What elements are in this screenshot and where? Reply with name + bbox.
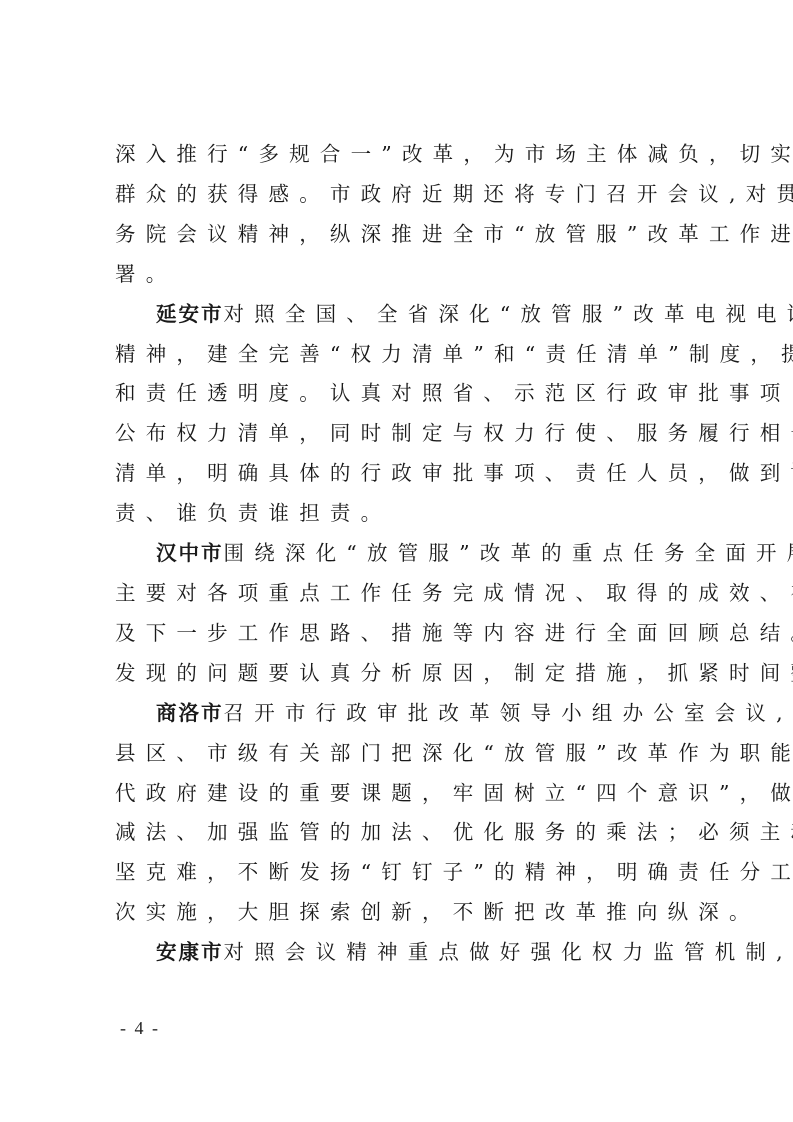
document-body: 深入推行“多规合一”改革，为市场主体减负，切实增强人民 群众的获得感。市政府近期… [115, 135, 685, 973]
text-line: 责、谁负责谁担责。 [115, 494, 685, 534]
text-line: 及下一步工作思路、措施等内容进行全面回顾总结。对自查中 [115, 614, 685, 654]
text-line: 延安市对照全国、全省深化“放管服”改革电视电话会议 [115, 295, 685, 335]
text-line: 务院会议精神，纵深推进全市“放管服”改革工作进行具体部 [115, 215, 685, 255]
text-line: 汉中市围绕深化“放管服”改革的重点任务全面开展自查， [115, 534, 685, 574]
text-line: 安康市对照会议精神重点做好强化权力监管机制,制定完 [115, 933, 685, 973]
paragraph-hanzhong: 汉中市围绕深化“放管服”改革的重点任务全面开展自查， 主要对各项重点工作任务完成… [115, 534, 685, 694]
text-line: 代政府建设的重要课题，牢固树立“四个意识”，做好简政的 [115, 774, 685, 814]
page-number: - 4 - [120, 1018, 160, 1039]
text-line: 清单，明确具体的行政审批事项、责任人员，做到谁主管谁负 [115, 454, 685, 494]
text-line: 和责任透明度。认真对照省、示范区行政审批事项目录，制定 [115, 374, 685, 414]
text-line: 发现的问题要认真分析原因，制定措施，抓紧时间整改。 [115, 654, 685, 694]
paragraph-ankang: 安康市对照会议精神重点做好强化权力监管机制,制定完 [115, 933, 685, 973]
paragraph-intro-continuation: 深入推行“多规合一”改革，为市场主体减负，切实增强人民 群众的获得感。市政府近期… [115, 135, 685, 295]
city-name-hanzhong: 汉中市 [156, 541, 224, 565]
text-line: 坚克难，不断发扬“钉钉子”的精神，明确责任分工，抓好主 [115, 853, 685, 893]
text-line: 减法、加强监管的加法、优化服务的乘法；必须主动作为、攻 [115, 813, 685, 853]
text-line: 深入推行“多规合一”改革，为市场主体减负，切实增强人民 [115, 135, 685, 175]
text-line: 县区、市级有关部门把深化“放管服”改革作为职能转变和现 [115, 734, 685, 774]
text-line: 次实施，大胆探索创新，不断把改革推向纵深。 [115, 893, 685, 933]
city-name-ankang: 安康市 [156, 940, 224, 964]
text-line: 主要对各项重点工作任务完成情况、取得的成效、存在的问题 [115, 574, 685, 614]
text-line: 公布权力清单，同时制定与权力行使、服务履行相一致的责任 [115, 414, 685, 454]
text-line: 商洛市召开市行政审批改革领导小组办公室会议,要求各 [115, 694, 685, 734]
paragraph-yanan: 延安市对照全国、全省深化“放管服”改革电视电话会议 精神，建全完善“权力清单”和… [115, 295, 685, 534]
text-line: 精神，建全完善“权力清单”和“责任清单”制度，提高权力 [115, 335, 685, 375]
paragraph-shangluo: 商洛市召开市行政审批改革领导小组办公室会议,要求各 县区、市级有关部门把深化“放… [115, 694, 685, 933]
text-segment: 围绕深化“放管服”改革的重点任务全面开展自查， [224, 541, 793, 565]
city-name-shangluo: 商洛市 [156, 701, 224, 725]
city-name-yanan: 延安市 [156, 302, 224, 326]
text-line: 署。 [115, 255, 685, 295]
text-segment: 对照会议精神重点做好强化权力监管机制,制定完 [224, 940, 793, 964]
text-line: 群众的获得感。市政府近期还将专门召开会议,对贯彻落实国 [115, 175, 685, 215]
text-segment: 对照全国、全省深化“放管服”改革电视电话会议 [224, 302, 793, 326]
text-segment: 召开市行政审批改革领导小组办公室会议,要求各 [224, 701, 793, 725]
